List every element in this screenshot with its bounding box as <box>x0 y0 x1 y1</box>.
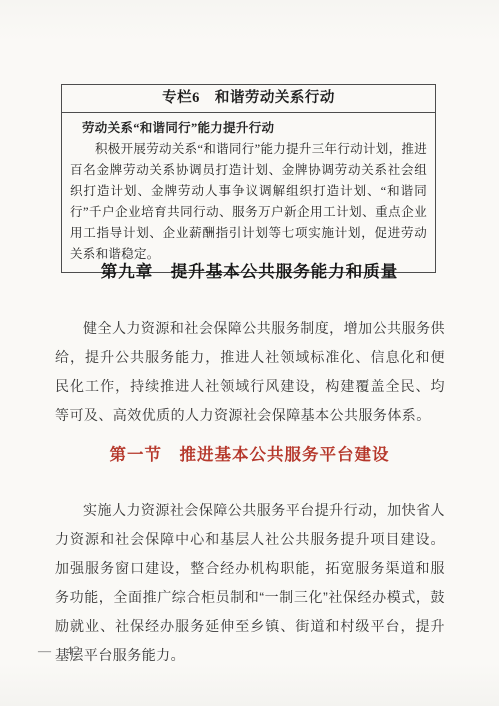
page-number-value: 42 <box>66 643 81 658</box>
column-box-title: 专栏6 和谐劳动关系行动 <box>62 85 435 113</box>
page-number-dash: — <box>38 643 52 658</box>
chapter-paragraph: 健全人力资源和社会保障公共服务制度，增加公共服务供给，提升公共服务能力，推进人社… <box>55 314 445 430</box>
page-number: —42 <box>38 643 81 659</box>
document-page: 专栏6 和谐劳动关系行动 劳动关系“和谐同行”能力提升行动 积极开展劳动关系“和… <box>0 0 499 706</box>
column-box-subtitle: 劳动关系“和谐同行”能力提升行动 <box>70 118 427 139</box>
column-box-body: 劳动关系“和谐同行”能力提升行动 积极开展劳动关系“和谐同行”能力提升三年行动计… <box>62 113 435 272</box>
chapter-heading: 第九章 提升基本公共服务能力和质量 <box>0 258 499 282</box>
section-heading: 第一节 推进基本公共服务平台建设 <box>0 441 499 465</box>
section-paragraph: 实施人力资源社会保障公共服务平台提升行动，加快省人力资源和社会保障中心和基层人社… <box>55 496 445 670</box>
column-box: 专栏6 和谐劳动关系行动 劳动关系“和谐同行”能力提升行动 积极开展劳动关系“和… <box>61 84 436 273</box>
column-box-paragraph: 积极开展劳动关系“和谐同行”能力提升三年行动计划，推进百名金牌劳动关系协调员打造… <box>70 139 427 265</box>
